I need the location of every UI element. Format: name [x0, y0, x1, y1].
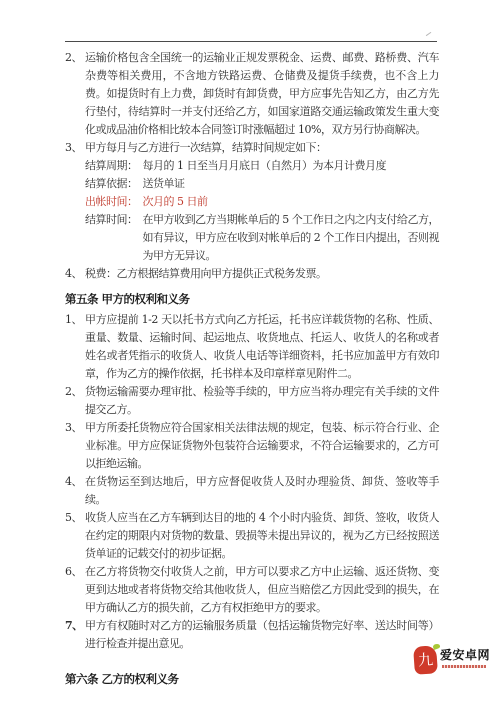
item-number: 3、 [65, 419, 85, 473]
item-number: 5、 [65, 509, 85, 563]
item-number: 7、 [65, 617, 85, 653]
section-heading-5: 第五条 甲方的权利和义务 [65, 290, 439, 308]
item-number: 6、 [65, 563, 85, 617]
item-number: 1、 [65, 311, 85, 383]
settlement-label: 结算周期： [85, 157, 138, 175]
item-text: 甲方有权随时对乙方的运输服务质量（包括运输货物完好率、送达时间等）进行检查并提出… [85, 617, 439, 653]
item-text: 货物运输需要办理审批、检验等手续的，甲方应当将办理完有关手续的文件提交乙方。 [85, 383, 439, 419]
item-lead-text: 甲方每月与乙方进行一次结算，结算时间规定如下： [85, 139, 439, 157]
item-text: 甲方每月与乙方进行一次结算，结算时间规定如下： 结算周期： 每月的 1 日至当月… [85, 139, 439, 265]
settlement-block: 结算周期： 每月的 1 日至当月月底日（自然月）为本月计费月度 结算依据： 送货… [85, 157, 439, 265]
item-text: 在乙方将货物交付收货人之前，甲方可以要求乙方中止运输、返还货物、变更到达地或者将… [85, 563, 439, 617]
list-item: 7、 甲方有权随时对乙方的运输服务质量（包括运输货物完好率、送达时间等）进行检查… [65, 617, 439, 653]
contract-body: 2、 运输价格包含全国统一的运输业正规发票税金、运费、邮费、路桥费、汽车杂费等相… [65, 49, 439, 691]
list-item: 2、 货物运输需要办理审批、检验等手续的，甲方应当将办理完有关手续的文件提交乙方… [65, 383, 439, 419]
settlement-row: 结算周期： 每月的 1 日至当月月底日（自然月）为本月计费月度 [85, 157, 439, 175]
item-number: 4、 [65, 265, 85, 283]
list-item: 4、 在货物运至到达地后，甲方应督促收货人及时办理验货、卸货、签收等手续。 [65, 473, 439, 509]
contract-page: 2、 运输价格包含全国统一的运输业正规发票税金、运费、邮费、路桥费、汽车杂费等相… [0, 0, 500, 708]
settlement-label: 结算时间： [85, 211, 138, 265]
settlement-row-highlight: 出帐时间： 次月的 5 日前 [85, 193, 439, 211]
list-item: 3、 甲方所委托货物应符合国家相关法律法规的规定，包装、标示符合行业、企业标准。… [65, 419, 439, 473]
item-number: 2、 [65, 383, 85, 419]
watermark-brand-text: 爱安卓网 [440, 648, 490, 662]
settlement-value: 次月的 5 日前 [143, 193, 440, 211]
list-item: 5、 收货人应当在乙方车辆到达目的地的 4 个小时内验货、卸货、签收，收货人在约… [65, 509, 439, 563]
item-text: 在货物运至到达地后，甲方应督促收货人及时办理验货、卸货、签收等手续。 [85, 473, 439, 509]
settlement-value: 在甲方收到乙方当期帐单后的 5 个工作日之内之内支付给乙方，如有异议，甲方应在收… [143, 211, 440, 265]
item-text: 税费：乙方根据结算费用向甲方提供正式税务发票。 [85, 265, 439, 283]
list-item: 1、 甲方应提前 1-2 天以托书方式向乙方托运，托书应详载货物的名称、性质、重… [65, 311, 439, 383]
settlement-label: 出帐时间： [85, 193, 138, 211]
scan-artifact [426, 32, 434, 40]
header-rule [65, 41, 437, 42]
list-item: 4、 税费：乙方根据结算费用向甲方提供正式税务发票。 [65, 265, 439, 283]
item-text: 甲方所委托货物应符合国家相关法律法规的规定，包装、标示符合行业、企业标准。甲方应… [85, 419, 439, 473]
settlement-row: 结算依据： 送货单证 [85, 175, 439, 193]
settlement-row: 结算时间： 在甲方收到乙方当期帐单后的 5 个工作日之内之内支付给乙方，如有异议… [85, 211, 439, 265]
list-item: 2、 运输价格包含全国统一的运输业正规发票税金、运费、邮费、路桥费、汽车杂费等相… [65, 49, 439, 139]
section-heading-6: 第六条 乙方的权利义务 [65, 670, 439, 688]
watermark-tagline-strip [442, 665, 486, 668]
item-number: 4、 [65, 473, 85, 509]
settlement-label: 结算依据： [85, 175, 138, 193]
list-item: 3、 甲方每月与乙方进行一次结算，结算时间规定如下： 结算周期： 每月的 1 日… [65, 139, 439, 265]
settlement-value: 每月的 1 日至当月月底日（自然月）为本月计费月度 [143, 157, 440, 175]
item-number: 2、 [65, 49, 85, 139]
settlement-value: 送货单证 [143, 175, 440, 193]
item-text: 运输价格包含全国统一的运输业正规发票税金、运费、邮费、路桥费、汽车杂费等相关费用… [85, 49, 439, 139]
item-text: 收货人应当在乙方车辆到达目的地的 4 个小时内验货、卸货、签收，收货人在约定的期… [85, 509, 439, 563]
watermark-logo: 九 爱安卓网 [414, 644, 492, 678]
item-number: 3、 [65, 139, 85, 265]
item-text: 甲方应提前 1-2 天以托书方式向乙方托运，托书应详载货物的名称、性质、重量、数… [85, 311, 439, 383]
list-item: 6、 在乙方将货物交付收货人之前，甲方可以要求乙方中止运输、返还货物、变更到达地… [65, 563, 439, 617]
